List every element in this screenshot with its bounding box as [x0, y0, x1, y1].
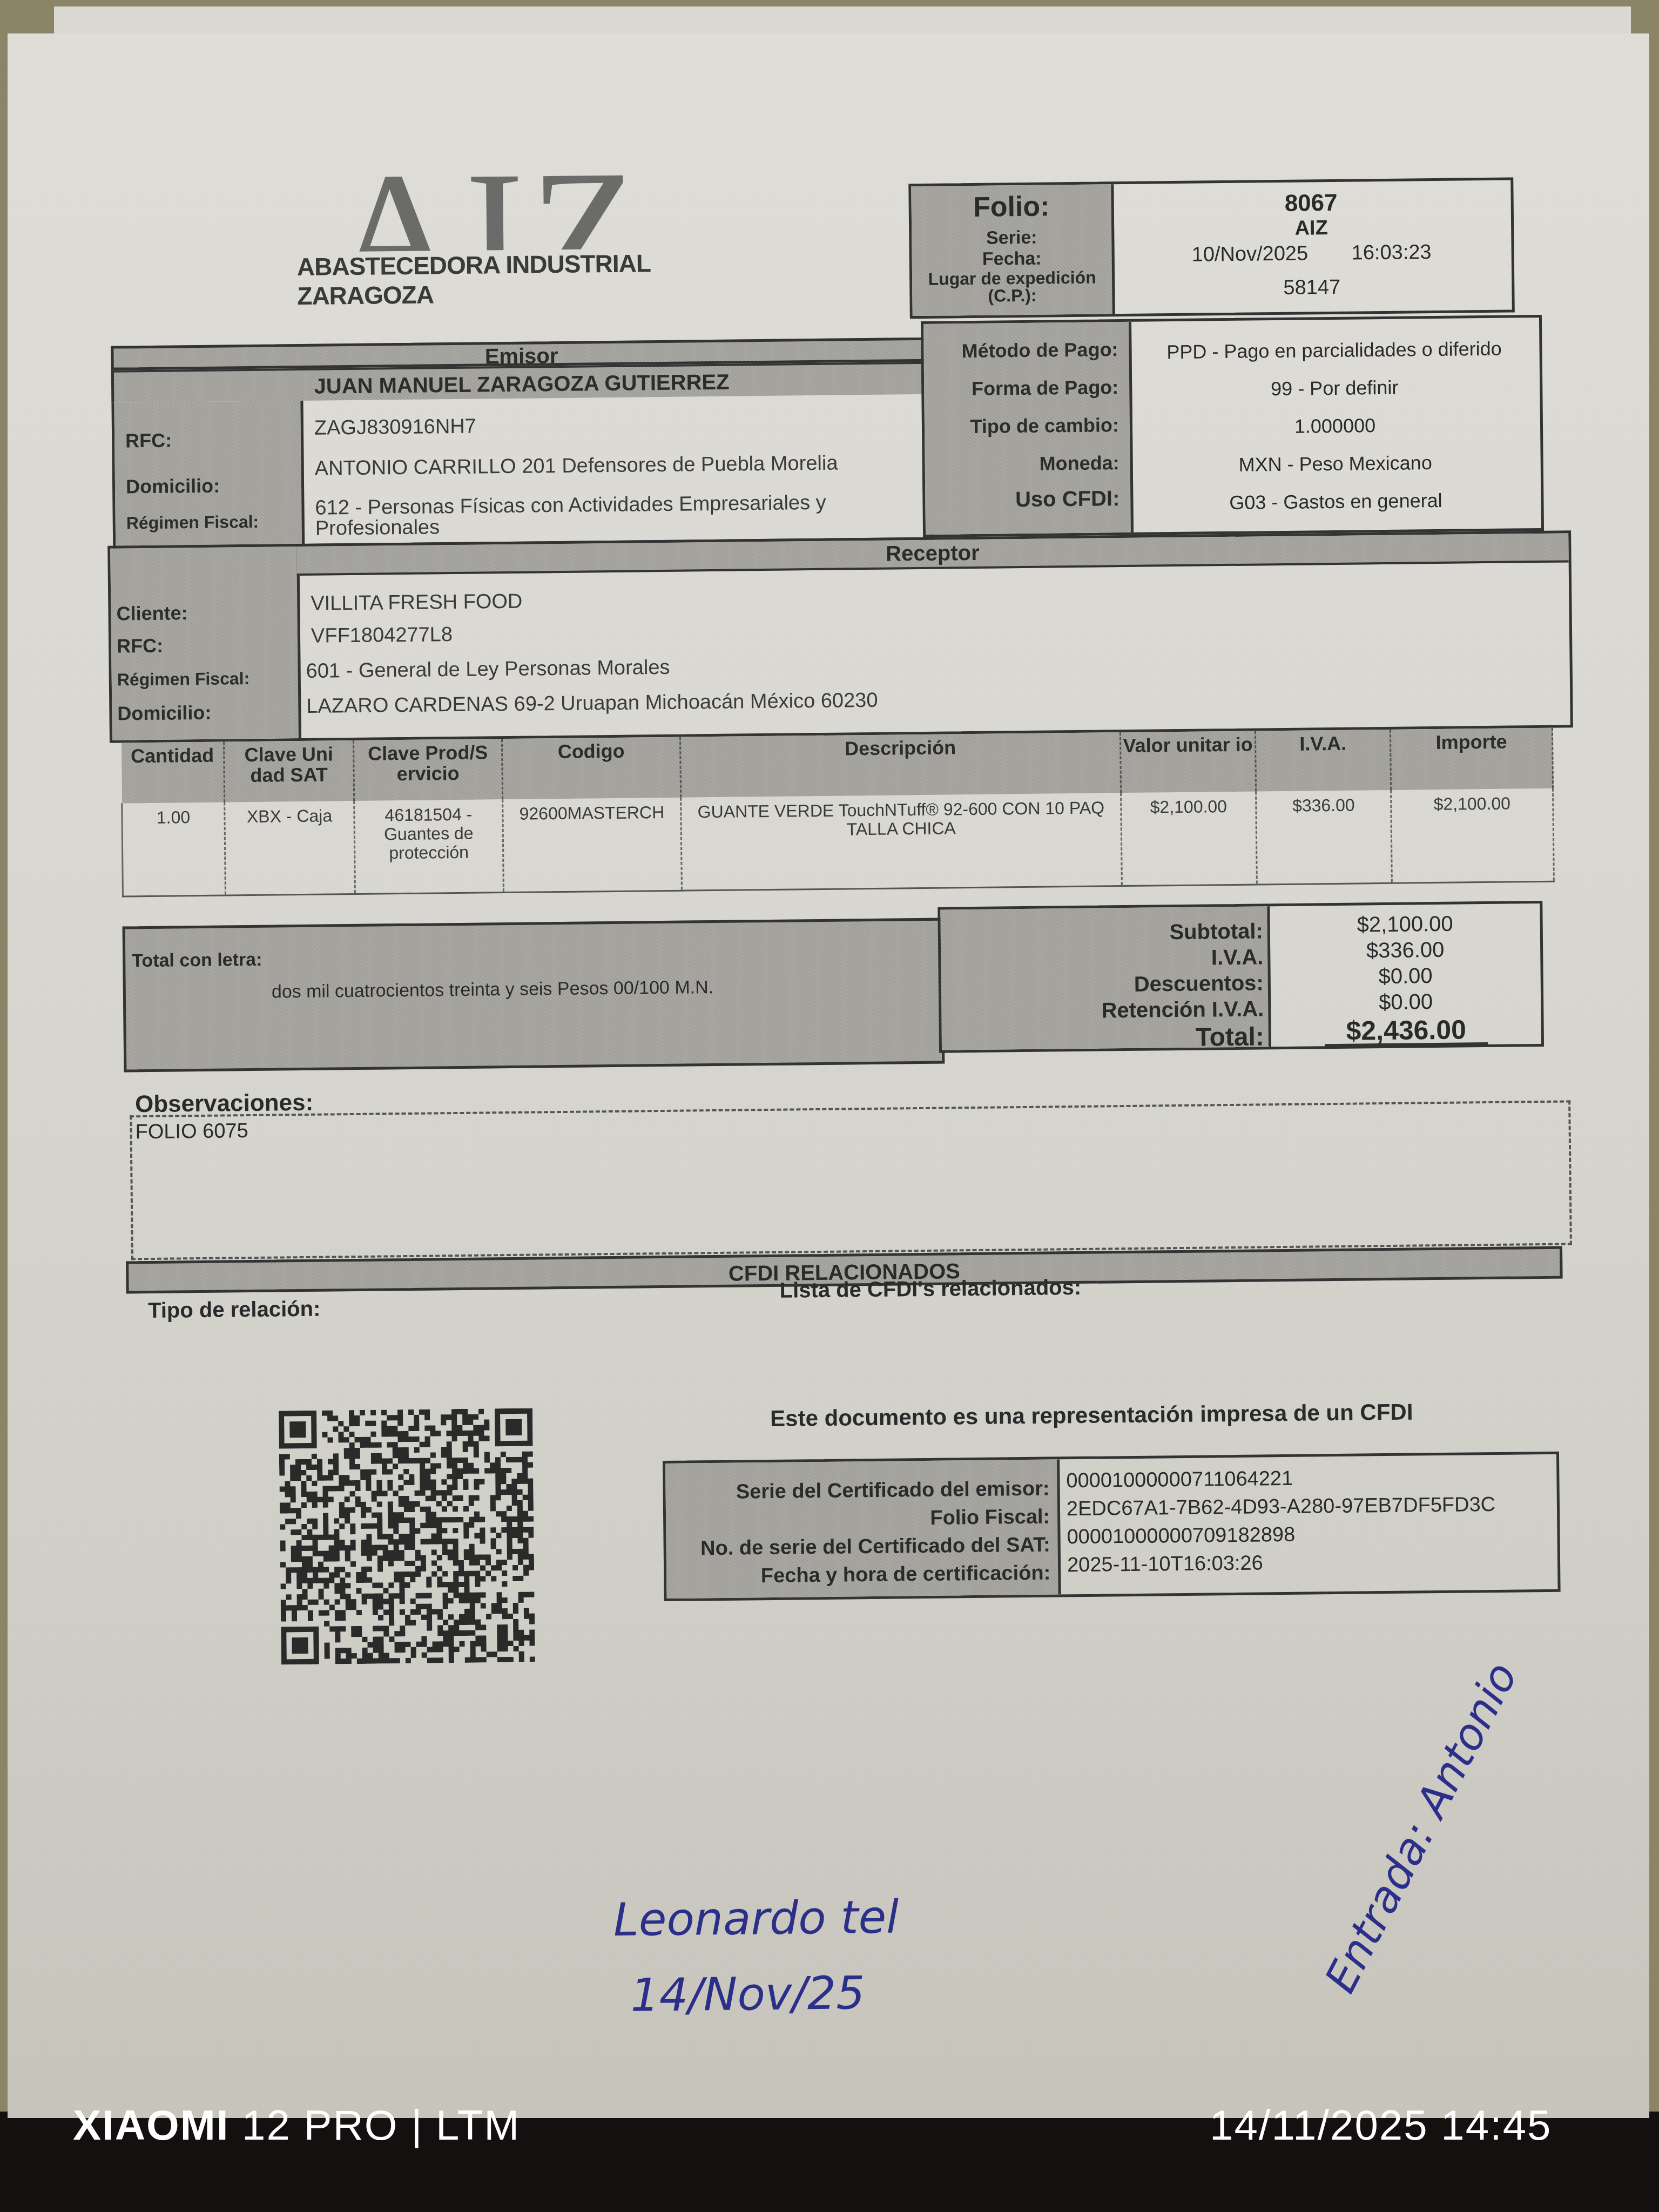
cell-descripcion: GUANTE VERDE TouchNTuff® 92-600 CON 10 P…	[681, 793, 1122, 891]
emisor-regimen-label: Régimen Fiscal:	[126, 512, 259, 534]
cell-clave-prod: 46181504 - Guantes de protección	[354, 799, 504, 894]
lugar-value: 58147	[1112, 274, 1512, 301]
camera-brand: XIAOMI	[73, 2101, 229, 2149]
forma-pago-label: Forma de Pago:	[972, 376, 1118, 400]
emisor-labels: RFC: Domicilio: Régimen Fiscal:	[114, 401, 305, 546]
serie-value: AIZ	[1111, 214, 1511, 242]
folio-label: Folio:	[911, 190, 1111, 224]
subtotal-label: Subtotal:	[941, 918, 1263, 947]
col-clave-unidad: Clave Uni dad SAT	[224, 740, 354, 802]
issuer-logo: AIZ ABASTECEDORA INDUSTRIAL ZARAGOZA	[292, 143, 726, 341]
payment-info-box: Método de Pago: Forma de Pago: Tipo de c…	[921, 315, 1544, 537]
tipo-relacion-label: Tipo de relación:	[148, 1297, 321, 1323]
col-iva: I.V.A.	[1255, 730, 1391, 792]
camera-model: 12 PRO | LTM	[242, 2101, 520, 2149]
metodo-pago: PPD - Pago en parcialidades o diferido	[1129, 329, 1540, 372]
lugar-label: Lugar de expedición (C.P.):	[912, 268, 1112, 305]
items-table: Cantidad Clave Uni dad SAT Clave Prod/S …	[120, 728, 1553, 898]
serie-emisor-label: Serie del Certificado del emisor:	[665, 1475, 1050, 1507]
fecha-cert: 2025-11-10T16:03:26	[1067, 1546, 1557, 1580]
descuentos-label: Descuentos:	[941, 970, 1264, 999]
handwritten-signature: Entrada: Antonio	[1315, 1654, 1527, 2000]
serie-sat-label: No. de serie del Certificado del SAT:	[666, 1531, 1050, 1563]
totals-labels: Subtotal: I.V.A. Descuentos: Retención I…	[940, 906, 1271, 1050]
receptor-rfc-label: RFC:	[117, 635, 163, 658]
receptor-regimen: 601 - General de Ley Personas Morales	[306, 656, 670, 683]
receptor-rfc: VFF1804277L8	[311, 623, 453, 648]
moneda: MXN - Peso Mexicano	[1130, 443, 1541, 485]
receptor-domicilio: LAZARO CARDENAS 69-2 Uruapan Michoacán M…	[306, 689, 878, 718]
handwritten-date: 14/Nov/25	[630, 1966, 865, 2022]
cfdi-notice: Este documento es una representación imp…	[770, 1399, 1413, 1432]
cell-codigo: 92600MASTERCH	[503, 798, 682, 893]
col-valor-unitario: Valor unitar io	[1120, 731, 1256, 793]
camera-watermark-left: XIAOMI 12 PRO | LTM	[73, 2101, 520, 2150]
forma-pago: 99 - Por definir	[1129, 367, 1540, 409]
total-label: Total:	[942, 1024, 1264, 1053]
retencion-value: $0.00	[1271, 988, 1541, 1016]
folio-box: Folio: Serie: Fecha: Lugar de expedición…	[908, 177, 1515, 319]
tipo-cambio: 1.000000	[1130, 405, 1541, 447]
receptor-labels: Cliente: RFC: Régimen Fiscal: Domicilio:	[110, 547, 301, 740]
total-letra-value: dos mil cuatrocientos treinta y seis Pes…	[272, 977, 714, 1003]
folio-labels: Folio: Serie: Fecha: Lugar de expedición…	[911, 184, 1115, 316]
receptor-regimen-label: Régimen Fiscal:	[117, 669, 250, 690]
emisor-domicilio-label: Domicilio:	[126, 475, 220, 498]
cell-clave-unidad: XBX - Caja	[225, 801, 355, 895]
payment-labels: Método de Pago: Forma de Pago: Tipo de c…	[923, 322, 1134, 535]
col-cantidad: Cantidad	[122, 742, 225, 804]
emisor-domicilio: ANTONIO CARRILLO 201 Defensores de Puebl…	[315, 452, 838, 481]
cliente-label: Cliente:	[116, 602, 187, 625]
tipo-cambio-label: Tipo de cambio:	[970, 414, 1119, 438]
totals-box: Subtotal: I.V.A. Descuentos: Retención I…	[938, 901, 1544, 1053]
cell-importe: $2,100.00	[1391, 788, 1554, 884]
lista-cfdi-label: Lista de CFDI's relacionados:	[779, 1276, 1081, 1303]
total-letra-label: Total con letra:	[132, 949, 262, 972]
certification-labels: Serie del Certificado del emisor: Folio …	[665, 1459, 1061, 1599]
folio-number: 8067	[1111, 187, 1510, 219]
folio-fiscal-label: Folio Fiscal:	[666, 1503, 1050, 1535]
cell-valor-unitario: $2,100.00	[1121, 792, 1257, 886]
cfdi-invoice: AIZ ABASTECEDORA INDUSTRIAL ZARAGOZA Fol…	[0, 25, 1659, 2127]
handwritten-note: Leonardo tel	[613, 1891, 899, 1947]
emisor-rfc: ZAGJ830916NH7	[314, 415, 476, 440]
col-importe: Importe	[1390, 728, 1553, 790]
qr-code-icon	[279, 1408, 535, 1665]
payment-values: PPD - Pago en parcialidades o diferido 9…	[1129, 329, 1541, 523]
descuentos-value: $0.00	[1270, 962, 1540, 990]
fecha-value: 10/Nov/2025	[1191, 242, 1308, 266]
subtotal-value: $2,100.00	[1270, 910, 1540, 939]
hora-value: 16:03:23	[1351, 241, 1431, 265]
cell-iva: $336.00	[1256, 790, 1392, 885]
receptor-details: Cliente: RFC: Régimen Fiscal: Domicilio:…	[107, 530, 1573, 743]
retencion-label: Retención I.V.A.	[941, 996, 1264, 1025]
observaciones-box: FOLIO 6075	[130, 1100, 1572, 1260]
col-clave-prod: Clave Prod/S ervicio	[353, 739, 502, 801]
serie-sat: 00001000000709182898	[1067, 1518, 1557, 1552]
table-row: 1.00 XBX - Caja 46181504 - Guantes de pr…	[122, 788, 1554, 896]
receptor-domicilio-label: Domicilio:	[117, 702, 211, 725]
cell-cantidad: 1.00	[122, 802, 226, 896]
logo-company-name: ABASTECEDORA INDUSTRIAL ZARAGOZA	[294, 248, 726, 311]
observaciones-value: FOLIO 6075	[135, 1120, 248, 1144]
invoice-page: AIZ ABASTECEDORA INDUSTRIAL ZARAGOZA Fol…	[8, 33, 1649, 2118]
certification-values: 00001000000711064221 2EDC67A1-7B62-4D93-…	[1060, 1454, 1558, 1595]
col-codigo: Codigo	[502, 737, 680, 799]
fecha-row: 10/Nov/2025 16:03:23	[1111, 240, 1511, 267]
emisor-rfc-label: RFC:	[125, 429, 172, 452]
total-letra-box: Total con letra: dos mil cuatrocientos t…	[123, 918, 945, 1073]
totals-values: $2,100.00 $336.00 $0.00 $0.00 $2,436.00	[1270, 903, 1541, 1053]
metodo-pago-label: Método de Pago:	[961, 338, 1118, 362]
receptor-cliente: VILLITA FRESH FOOD	[311, 590, 522, 616]
serie-label: Serie:	[912, 226, 1111, 249]
col-descripcion: Descripción	[680, 732, 1121, 798]
iva-value: $336.00	[1270, 936, 1540, 965]
fecha-label: Fecha:	[912, 247, 1112, 271]
folio-fiscal: 2EDC67A1-7B62-4D93-A280-97EB7DF5FD3C	[1067, 1490, 1557, 1523]
emisor-regimen: 612 - Personas Físicas con Actividades E…	[315, 491, 909, 539]
certification-box: Serie del Certificado del emisor: Folio …	[663, 1452, 1561, 1601]
uso-cfdi-label: Uso CFDI:	[1015, 487, 1120, 512]
moneda-label: Moneda:	[1039, 451, 1119, 475]
uso-cfdi: G03 - Gastos en general	[1130, 481, 1541, 523]
emisor-details: RFC: Domicilio: Régimen Fiscal: ZAGJ8309…	[111, 394, 934, 549]
total-value: $2,436.00	[1324, 1016, 1488, 1047]
fecha-cert-label: Fecha y hora de certificación:	[666, 1559, 1051, 1591]
camera-datetime: 14/11/2025 14:45	[1210, 2101, 1552, 2150]
folio-values: 8067 AIZ 10/Nov/2025 16:03:23 58147	[1111, 180, 1512, 314]
iva-label: I.V.A.	[941, 944, 1263, 973]
serie-emisor: 00001000000711064221	[1066, 1462, 1556, 1495]
